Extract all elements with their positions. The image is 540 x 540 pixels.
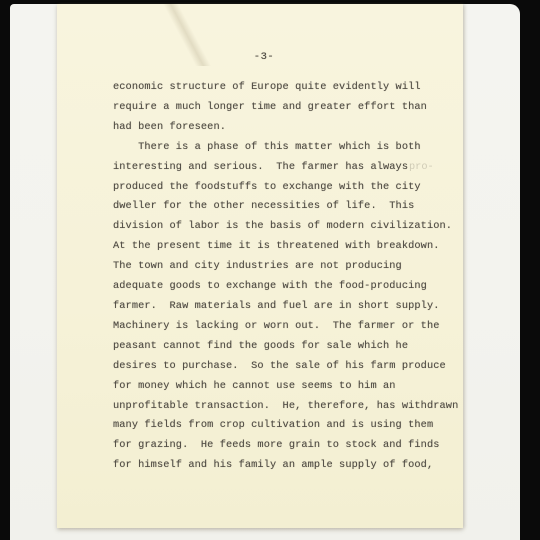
text-line: for himself and his family an ample supp… bbox=[113, 456, 461, 476]
text-line: There is a phase of this matter which is… bbox=[113, 138, 461, 158]
text-line: peasant cannot find the goods for sale w… bbox=[113, 337, 461, 357]
text-line: for grazing. He feeds more grain to stoc… bbox=[113, 436, 461, 456]
text-line: interesting and serious. The farmer has … bbox=[113, 158, 461, 178]
text-line: Machinery is lacking or worn out. The fa… bbox=[113, 317, 461, 337]
viewer-background: -3- pro- economic structure of Europe qu… bbox=[0, 0, 540, 540]
text-line: The town and city industries are not pro… bbox=[113, 257, 461, 277]
text-line: dweller for the other necessities of lif… bbox=[113, 197, 461, 217]
scanned-photo: -3- pro- economic structure of Europe qu… bbox=[10, 4, 520, 540]
text-line: unprofitable transaction. He, therefore,… bbox=[113, 397, 461, 417]
body-text: economic structure of Europe quite evide… bbox=[113, 78, 461, 476]
text-line: for money which he cannot use seems to h… bbox=[113, 377, 461, 397]
text-line: division of labor is the basis of modern… bbox=[113, 217, 461, 237]
text-line: produced the foodstuffs to exchange with… bbox=[113, 178, 461, 198]
text-line: desires to purchase. So the sale of his … bbox=[113, 357, 461, 377]
text-line: require a much longer time and greater e… bbox=[113, 98, 461, 118]
text-line: farmer. Raw materials and fuel are in sh… bbox=[113, 297, 461, 317]
text-line: had been foreseen. bbox=[113, 118, 461, 138]
text-line: adequate goods to exchange with the food… bbox=[113, 277, 461, 297]
text-line: At the present time it is threatened wit… bbox=[113, 237, 461, 257]
text-line: economic structure of Europe quite evide… bbox=[113, 78, 461, 98]
text-line: many fields from crop cultivation and is… bbox=[113, 416, 461, 436]
typewritten-page: -3- pro- economic structure of Europe qu… bbox=[57, 4, 463, 528]
page-number: -3- bbox=[57, 50, 463, 64]
